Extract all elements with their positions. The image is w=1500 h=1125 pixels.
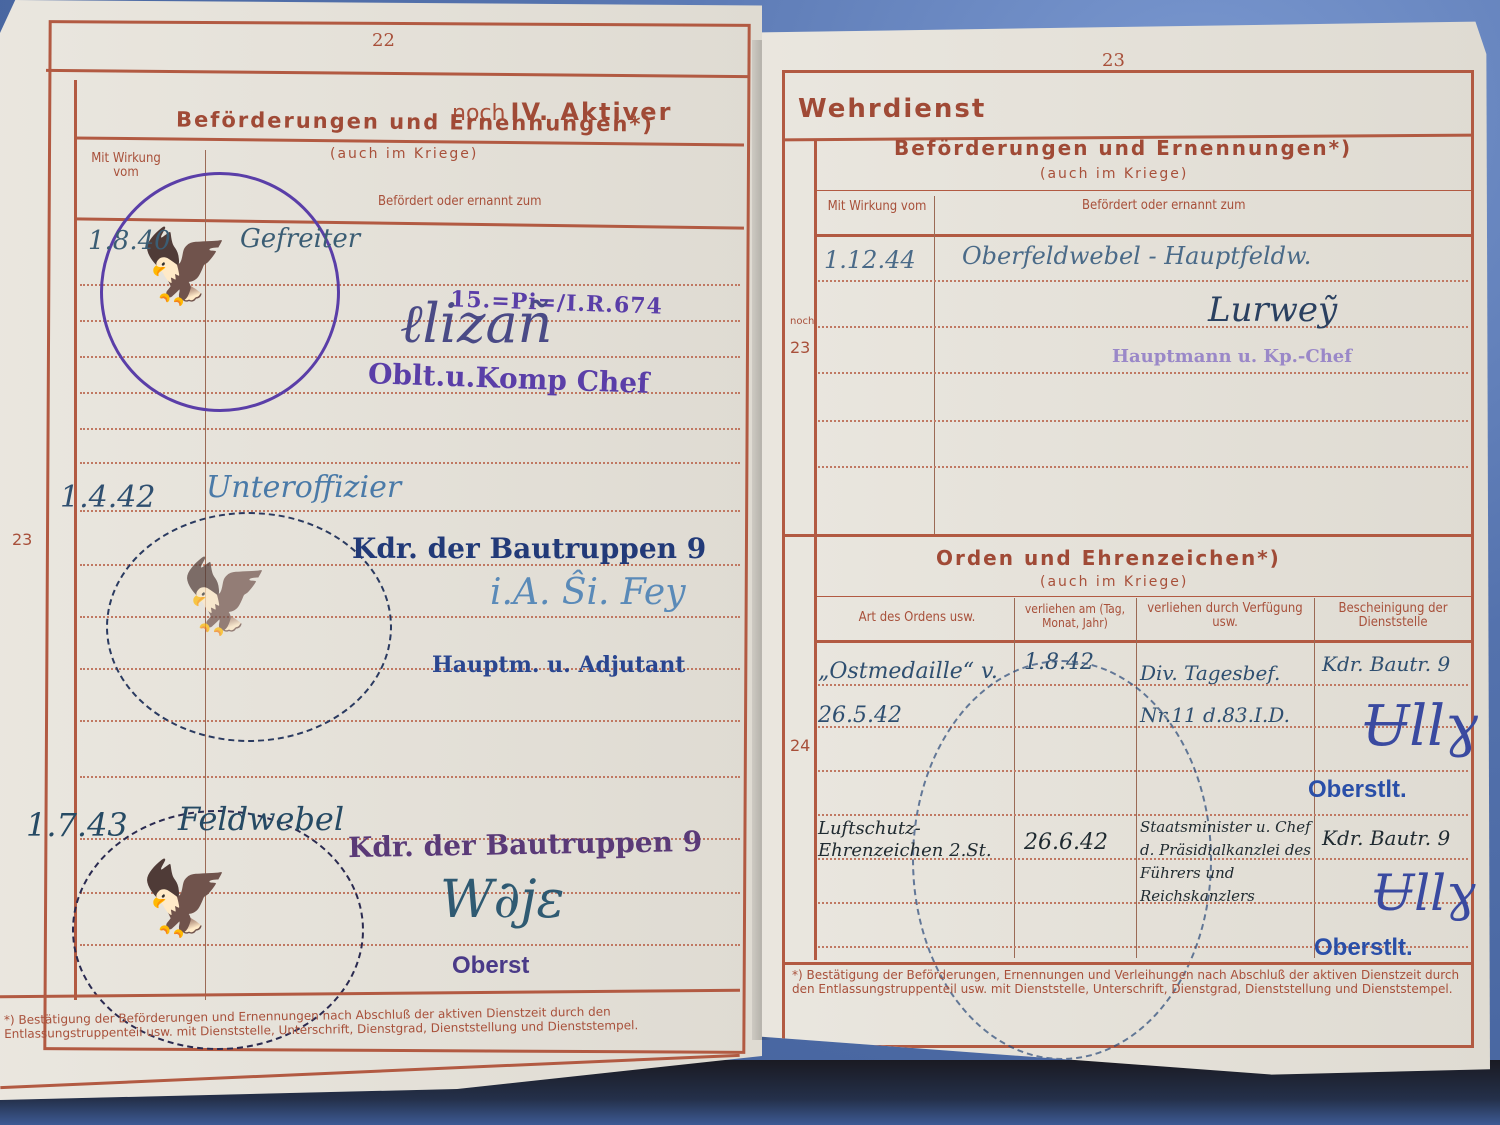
- decoration-2-award: Luftschutz-Ehrenzeichen 2.St.: [818, 818, 1014, 862]
- column-header-awarded-by: verliehen durch Verfügung usw.: [1140, 602, 1310, 630]
- entry-2-unit-stamp: Kdr. der Bautruppen 9: [352, 532, 706, 565]
- decoration-2-certifier: Kdr. Bautr. 9: [1322, 826, 1450, 850]
- entry-3-signature: W∂jɛ: [440, 870, 564, 930]
- footnote-right: *) Bestätigung der Beförderungen, Ernenn…: [792, 968, 1462, 996]
- entry-3-unit-stamp: Kdr. der Bautruppen 9: [348, 825, 703, 864]
- row-line: [80, 462, 740, 464]
- column-rule: [934, 196, 935, 534]
- decoration-1-order: Div. Tagesbef. Nr.11 d.83.I.D.: [1140, 652, 1316, 736]
- decoration-1-title-stamp: Oberstlt.: [1308, 776, 1407, 804]
- promotions-subtitle-left: (auch im Kriege): [330, 146, 478, 162]
- decoration-2-title-stamp: Oberstlt.: [1314, 934, 1413, 962]
- decoration-2-signature: Ʉllɣ: [1372, 864, 1476, 922]
- page-number-right: 23: [1102, 50, 1125, 71]
- decoration-1-award: „Ostmedaille“ v. 26.5.42: [818, 650, 1014, 738]
- entry-1-signature: ℓlizañ: [400, 292, 552, 355]
- entry-2-title-stamp: Hauptm. u. Adjutant: [432, 652, 685, 678]
- row-line: [80, 776, 740, 778]
- column-header-rank-right: Befördert oder ernannt zum: [1082, 198, 1246, 213]
- eagle-emblem-icon: 🦅: [140, 862, 230, 934]
- promotions-subtitle-right: (auch im Kriege): [1040, 166, 1188, 182]
- column-header-award: Art des Ordens usw.: [822, 610, 1012, 625]
- decoration-1-certifier: Kdr. Bautr. 9: [1322, 652, 1450, 676]
- side-marker-prefix: noch: [790, 316, 814, 327]
- promotion-entry-title-stamp: Hauptmann u. Kp.-Chef: [1112, 346, 1352, 367]
- decorations-subtitle: (auch im Kriege): [1040, 574, 1188, 590]
- row-line: [818, 326, 1468, 328]
- row-line: [818, 280, 1468, 282]
- section-heading-right: Wehrdienst: [798, 94, 986, 124]
- entry-1-rank: Gefreiter: [240, 224, 360, 254]
- row-line: [818, 372, 1468, 374]
- column-header-date: Mit Wirkung vom: [86, 152, 166, 180]
- decorations-title: Orden und Ehrenzeichen*): [936, 546, 1281, 570]
- entry-1-date: 1.8.40: [88, 226, 171, 256]
- eagle-emblem-icon: 🦅: [180, 560, 270, 632]
- divider: [782, 962, 1474, 965]
- promotion-entry-rank: Oberfeldwebel - Hauptfeldw.: [962, 242, 1311, 270]
- divider: [814, 640, 1474, 643]
- decoration-2-date: 26.6.42: [1024, 830, 1108, 855]
- left-page: 22 noch IV. Aktiver Beförderungen und Er…: [0, 0, 762, 1100]
- row-line: [818, 420, 1468, 422]
- entry-2-rank: Unteroffizier: [206, 470, 401, 505]
- entry-2-signature: i.A. Ŝi. Fey: [490, 572, 686, 613]
- column-header-rank: Befördert oder ernannt zum: [378, 194, 542, 209]
- decoration-2-order: Staatsminister u. Chef d. Präsidialkanzl…: [1140, 816, 1316, 908]
- entry-3-title-stamp: Oberst: [452, 952, 529, 980]
- decoration-1-date: 1.8.42: [1024, 650, 1094, 675]
- entry-2-date: 1.4.42: [60, 480, 155, 515]
- column-header-date-right: Mit Wirkung vom: [822, 200, 932, 214]
- row-line: [80, 510, 740, 512]
- divider: [814, 234, 1474, 237]
- page-number-left: 22: [372, 30, 395, 51]
- left-margin-rule: [814, 140, 817, 960]
- row-line: [80, 428, 740, 430]
- divider: [782, 534, 1474, 537]
- promotions-title-left: Beförderungen und Ernennungen*): [176, 107, 654, 136]
- promotion-entry-signature: Lurweỹ: [1208, 290, 1337, 330]
- promotions-title-right: Beförderungen und Ernennungen*): [894, 136, 1352, 160]
- column-header-award-date: verliehen am (Tag, Monat, Jahr): [1016, 602, 1134, 630]
- divider: [814, 596, 1474, 597]
- side-marker-left: 23: [12, 530, 32, 549]
- promotion-entry-date: 1.12.44: [824, 246, 916, 274]
- right-page: 23 Wehrdienst Beförderungen und Ernennun…: [762, 0, 1490, 1080]
- side-marker-promotions: 23: [790, 338, 810, 357]
- column-header-certification: Bescheinigung der Dienststelle: [1318, 602, 1468, 630]
- side-marker-decorations: 24: [790, 736, 810, 755]
- entry-3-rank: Feldwebel: [178, 800, 344, 838]
- decoration-1-signature: Ʉllɣ: [1362, 694, 1479, 759]
- entry-3-date: 1.7.43: [26, 806, 128, 844]
- divider: [814, 190, 1474, 191]
- row-line: [818, 466, 1468, 468]
